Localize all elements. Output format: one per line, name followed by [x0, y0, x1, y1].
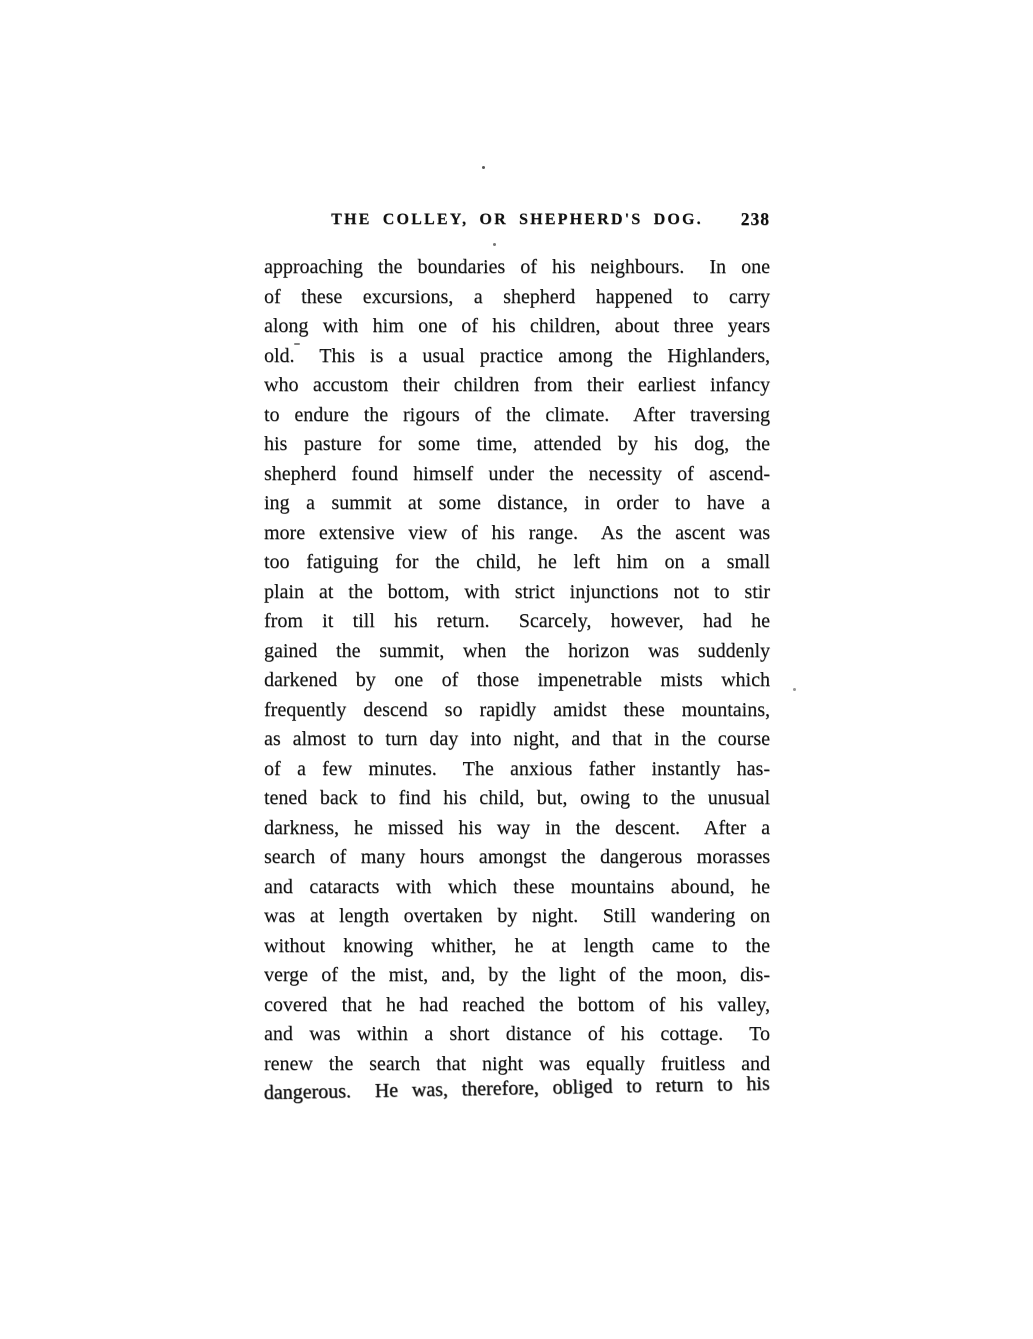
- text-line: along with him one of his children, abou…: [264, 312, 770, 342]
- text-line: more extensive view of his range. As the…: [264, 519, 770, 549]
- text-line: too fatiguing for the child, he left him…: [264, 548, 770, 578]
- text-line: without knowing whither, he at length ca…: [264, 932, 770, 962]
- page-number: 238: [741, 209, 770, 230]
- text-line: of a few minutes. The anxious father ins…: [264, 755, 770, 785]
- text-line: to endure the rigours of the climate. Af…: [264, 401, 770, 431]
- book-page: THE COLLEY, OR SHEPHERD'S DOG. 238 appro…: [0, 0, 1033, 1339]
- text-line: frequently descend so rapidly amidst the…: [264, 696, 770, 726]
- text-line: gained the summit, when the horizon was …: [264, 637, 770, 667]
- text-line: verge of the mist, and, by the light of …: [264, 961, 770, 991]
- text-line: approaching the boundaries of his neighb…: [264, 253, 770, 283]
- text-line: who accustom their children from their e…: [264, 371, 770, 401]
- text-line: shepherd found himself under the necessi…: [264, 460, 770, 490]
- text-line: old. This is a usual practice among the …: [264, 342, 770, 372]
- text-line: was at length overtaken by night. Still …: [264, 902, 770, 932]
- text-line: ing a summit at some distance, in order …: [264, 489, 770, 519]
- text-line: search of many hours amongst the dangero…: [264, 843, 770, 873]
- text-line: darkened by one of those impenetrable mi…: [264, 666, 770, 696]
- scan-speck: [294, 343, 300, 345]
- text-line: and cataracts with which these mountains…: [264, 873, 770, 903]
- page-header: THE COLLEY, OR SHEPHERD'S DOG. 238: [264, 211, 770, 233]
- scan-speck: [493, 243, 496, 246]
- text-line: darkness, he missed his way in the desce…: [264, 814, 770, 844]
- text-line: and was within a short distance of his c…: [264, 1020, 770, 1050]
- body-text: approaching the boundaries of his neighb…: [264, 253, 770, 1109]
- text-line: plain at the bottom, with strict injunct…: [264, 578, 770, 608]
- text-line: tened back to find his child, but, owing…: [264, 784, 770, 814]
- text-line: as almost to turn day into night, and th…: [264, 725, 770, 755]
- scan-speck: [793, 688, 796, 691]
- text-line: from it till his return. Scarcely, howev…: [264, 607, 770, 637]
- text-line: his pasture for some time, attended by h…: [264, 430, 770, 460]
- scan-speck: [482, 166, 485, 169]
- text-line: covered that he had reached the bottom o…: [264, 991, 770, 1021]
- text-line: of these excursions, a shepherd happened…: [264, 283, 770, 313]
- running-title: THE COLLEY, OR SHEPHERD'S DOG.: [264, 211, 770, 229]
